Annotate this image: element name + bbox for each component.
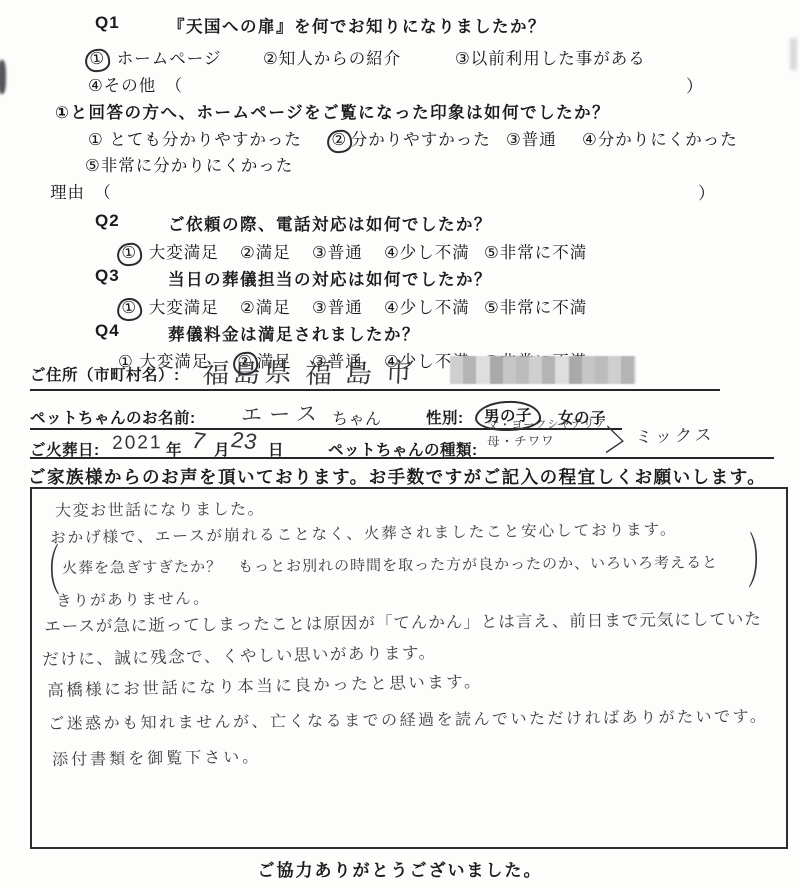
survey-form-scan: Q1 『天国への扉』を何でお知りになりましたか？ ①ホームページ ②知人からの紹… (0, 0, 800, 888)
q1sub-option-3: ③普通 (506, 126, 557, 150)
q1sub-option-2: ②分かりやすかった (330, 126, 491, 150)
q1-option-other: ④その他 （ (88, 72, 183, 96)
cremation-day-handwritten: 23 (229, 427, 261, 455)
q4-label: Q4 (95, 321, 120, 341)
feedback-line: きりがありません。 (56, 586, 210, 611)
q4-title: 葬儀料金は満足されましたか？ (168, 321, 420, 345)
q1-title: 『天国への扉』を何でお知りになりましたか？ (168, 13, 546, 37)
q3-option-3: ③普通 (312, 294, 363, 318)
scan-edge-mark (790, 38, 797, 70)
q3-option-1-label: 大変満足 (149, 299, 219, 317)
q1-option-used-before: ③以前利用した事がある (455, 45, 646, 69)
footer-thanks: ご協力ありがとうございました。 (0, 856, 800, 881)
reason-close-paren: ） (698, 179, 715, 204)
cremation-year-handwritten: 2021 (112, 432, 163, 455)
selection-circle: ① (116, 242, 143, 267)
q1-option-homepage: ①ホームページ (88, 45, 221, 69)
feedback-line: 添付書類を御覧下さい。 (52, 744, 261, 770)
q1-other-close-paren: ） (686, 72, 703, 97)
q1sub-option-5: ⑤非常に分かりにくかった (85, 152, 293, 176)
feedback-line: 大変お世話になりました。 (55, 496, 265, 521)
q1-label: Q1 (95, 13, 120, 33)
q1sub-option-1: ① とても分かりやすかった (88, 126, 302, 150)
q1-option-homepage-label: ホームページ (117, 50, 222, 68)
address-pref-handwritten: 福島県 (202, 350, 296, 391)
q2-option-1-label: 大変満足 (149, 244, 219, 262)
feedback-instruction: ご家族様からのお声を頂いております。お手数ですがご記入の程宜しくお願いします。 (28, 464, 766, 489)
selection-circle: ② (326, 129, 353, 154)
q3-option-1: ①大変満足 (120, 294, 219, 318)
selection-circle: ① (116, 297, 143, 322)
cremation-month-handwritten: 7 (188, 427, 208, 455)
pet-name-label: ペットちゃんのお名前: (30, 406, 196, 428)
q1-option-referral: ②知人からの紹介 (263, 45, 401, 69)
q2-option-3: ③普通 (312, 239, 363, 263)
q1-sub-title: ①と回答の方へ、ホームページをご覧になった印象は如何でしたか？ (55, 99, 610, 123)
address-city-handwritten: 福島市 (305, 350, 426, 391)
q2-option-5: ⑤非常に不満 (484, 239, 587, 263)
q2-option-4: ④少し不満 (384, 239, 470, 263)
breed-mix-handwritten: ミックス (635, 420, 716, 448)
cremation-row-underline (30, 457, 774, 459)
selection-circle: ① (84, 48, 111, 73)
hand-paren-close: ） (747, 515, 775, 603)
q3-title: 当日の葬儀担当の対応は如何でしたか？ (168, 266, 492, 290)
q1sub-option-2-label: 分かりやすかった (351, 131, 491, 149)
scan-smudge (0, 60, 6, 94)
pet-sex-label: 性別: (426, 406, 464, 428)
redacted-address (450, 356, 636, 384)
pet-name-handwritten: エース (240, 398, 325, 429)
q1sub-option-4: ④分かりにくかった (582, 126, 738, 150)
q2-option-2: ②満足 (240, 239, 291, 263)
q2-label: Q2 (95, 211, 120, 231)
q2-title: ご依頼の際、電話対応は如何でしたか？ (168, 211, 492, 235)
reason-label: 理由 （ (50, 179, 112, 203)
q3-label: Q3 (95, 266, 120, 286)
q3-option-2: ②満足 (240, 294, 291, 318)
q2-option-1: ①大変満足 (120, 239, 219, 263)
address-underline (30, 389, 720, 391)
q3-option-5: ⑤非常に不満 (484, 294, 587, 318)
pet-name-suffix: ちゃん (332, 406, 382, 429)
address-label: ご住所（市町村名）: (30, 363, 180, 385)
q3-option-4: ④少し不満 (384, 294, 470, 318)
breed-mother-handwritten: 母・チワワ (487, 431, 555, 450)
